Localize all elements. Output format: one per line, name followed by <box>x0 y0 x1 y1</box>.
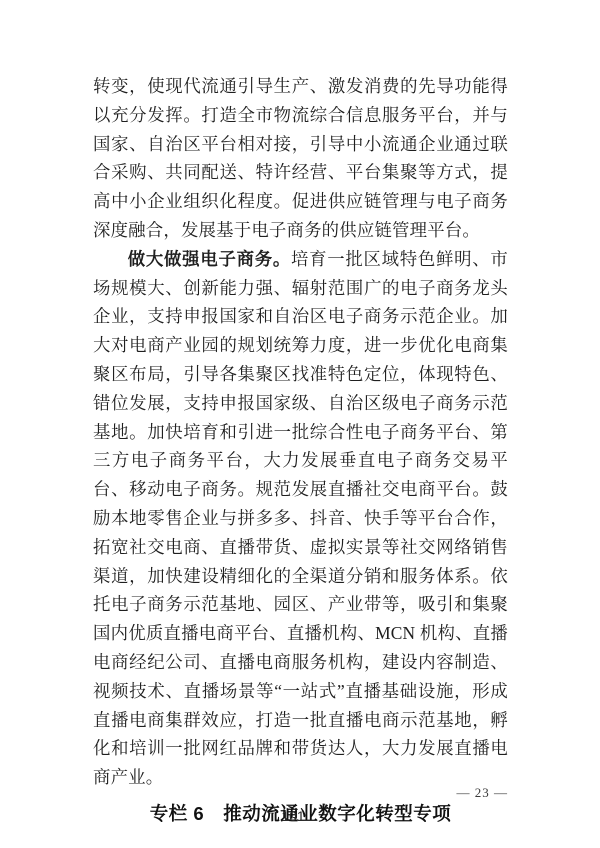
paragraph-body-text: 培育一批区域特色鲜明、市场规模大、创新能力强、辐射范围广的电子商务龙头企业，支持… <box>93 249 508 787</box>
document-page: 转变，使现代流通引导生产、激发消费的先导功能得以充分发挥。打造全市物流综合信息服… <box>0 0 600 848</box>
paragraph-ecommerce: 做大做强电子商务。培育一批区域特色鲜明、市场规模大、创新能力强、辐射范围广的电子… <box>93 245 508 792</box>
paragraph-bold-lead: 做大做强电子商务。 <box>128 249 291 269</box>
page-body: 转变，使现代流通引导生产、激发消费的先导功能得以充分发挥。打造全市物流综合信息服… <box>93 72 508 828</box>
paragraph-continuation: 转变，使现代流通引导生产、激发消费的先导功能得以充分发挥。打造全市物流综合信息服… <box>93 72 508 245</box>
scan-page-number: 101 <box>262 808 324 824</box>
page-number-folio: — 23 — <box>457 785 509 801</box>
